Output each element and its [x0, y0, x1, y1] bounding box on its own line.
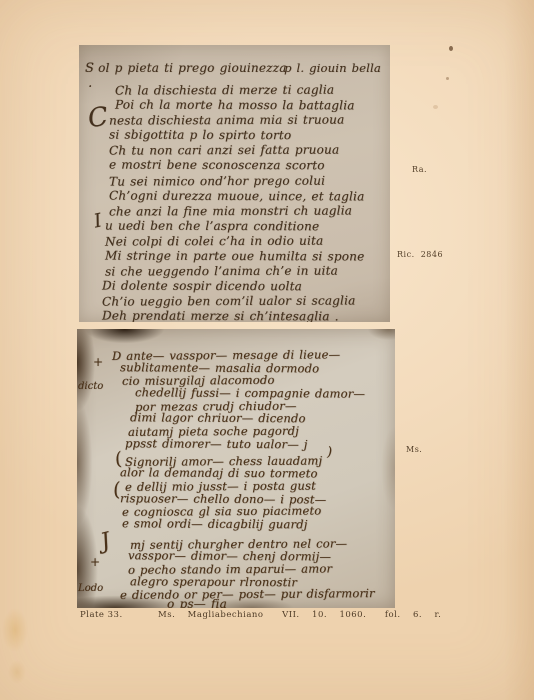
manuscript-line: e smol ordi— dicagbilij guardj: [122, 517, 375, 531]
book-page: Sol p pieta ti prego giouinezza p l. gio…: [0, 0, 534, 700]
clipped-bottom-line: o ps— fia: [167, 597, 227, 608]
manuscript-line: Ch la dischiesta di merze ti caglia: [115, 82, 365, 98]
margin-word: dicto: [78, 381, 103, 392]
margin-word: Lodo: [78, 583, 103, 594]
page-stain: [8, 660, 26, 684]
ink-speck: [449, 46, 453, 51]
margin-flourish-i: I: [92, 209, 104, 232]
manuscript-first-line-text: ol p pieta ti prego giouinezza: [98, 61, 286, 75]
manuscript-line: si che ueggendo l’anima ch’e in uita: [105, 264, 365, 280]
manuscript-line: Ch tu non cari anzi sei fatta pruoua: [109, 143, 365, 159]
manuscript-line: e dicendo or per— post— pur disfarmorir: [120, 587, 375, 601]
manuscript-source-caption: Ms. Magliabechiano VII. 10. 1060. fol. 6…: [158, 610, 441, 620]
manuscript-line: Tu sei nimico ond’hor prego colui: [109, 173, 365, 189]
manuscript-line: Nei colpi di colei c’ha in odio uita: [105, 233, 365, 249]
margin-dot: .: [88, 75, 92, 91]
manuscript-line: Mi stringe in parte oue humilta si spone: [105, 249, 364, 265]
manuscript-line: nesta dischiesta anima mia si truoua: [109, 113, 365, 129]
margin-cross: +: [93, 355, 103, 369]
margin-note-ra: Ra.: [412, 165, 427, 174]
manuscript-line: e mostri bene sconoscenza scorto: [109, 158, 364, 174]
top-manuscript-lines: Ch la dischiesta di merze ti cagliaPoi c…: [109, 83, 364, 322]
manuscript-line: Di dolente sospir dicendo uolta: [102, 279, 364, 295]
ink-speck: [446, 77, 449, 80]
page-edge-shading: [504, 0, 534, 700]
bottom-manuscript-lines: D ante— vasspor— mesage di lieue—sublita…: [120, 349, 375, 601]
manuscript-initial: S: [85, 61, 94, 76]
manuscript-line: Poi ch la morte ha mosso la battaglia: [115, 98, 364, 114]
manuscript-line: Deh prendati merze si ch’intesaglia .: [102, 309, 364, 322]
ink-speck: [433, 105, 438, 109]
manuscript-line: ppsst dimorer— tuto ualor— j: [125, 437, 375, 451]
manuscript-line: Ch’ogni durezza muoue, uince, et taglia: [109, 188, 364, 204]
bottom-manuscript-photo: + dicto ( ( ) J + Lodo D ante— vasspor— …: [77, 329, 395, 608]
manuscript-line: si sbigottita p lo spirto torto: [109, 128, 364, 144]
margin-note-ms: Ms.: [406, 445, 422, 454]
manuscript-first-line: Sol p pieta ti prego giouinezza p l. gio…: [85, 61, 385, 76]
manuscript-line: che anzi la fine mia monstri ch uaglia: [109, 203, 365, 219]
margin-flourish: J: [98, 528, 113, 554]
manuscript-line: Ch’io ueggio ben com’il ualor si scaglia: [102, 294, 365, 310]
page-stain: [2, 608, 28, 652]
top-manuscript-photo: Sol p pieta ti prego giouinezza p l. gio…: [79, 45, 390, 322]
manuscript-line: u uedi ben che l’aspra conditione: [105, 218, 364, 234]
plate-caption-label: Plate 33.: [80, 610, 123, 620]
margin-flourish-c: C: [86, 102, 110, 134]
margin-cross: +: [90, 555, 100, 569]
manuscript-title-note: p l. giouin bella: [284, 61, 381, 75]
margin-note-ric-2846: Ric. 2846: [397, 250, 443, 259]
